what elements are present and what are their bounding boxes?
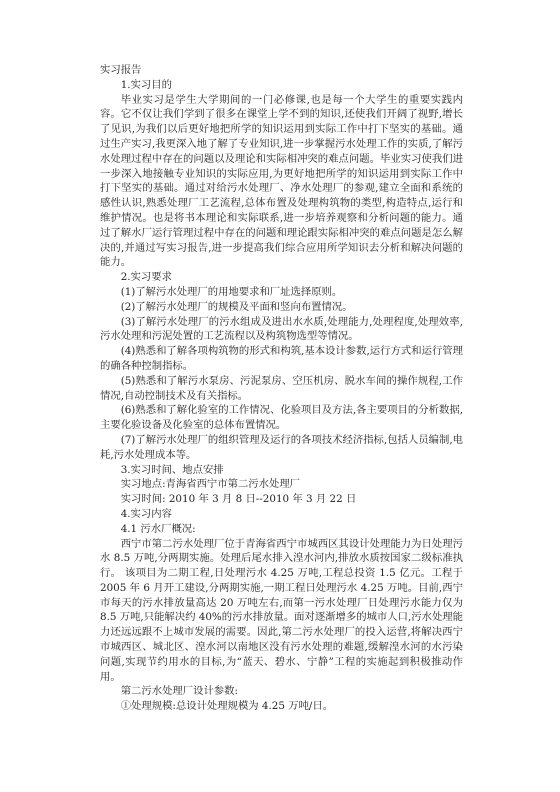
list-item: ①处理规模:总设计处理规模为 4.25 万吨/日。: [100, 699, 463, 714]
section-heading: 2.实习要求: [100, 270, 463, 285]
paragraph: 西宁市第二污水处理厂位于青海省西宁市城西区其设计处理能力为日处理污水 8.5 万…: [100, 537, 463, 685]
list-item: (7)了解污水处理厂的组织管理及运行的各项技术经济指标,包括人员编制,电耗,污水…: [100, 433, 463, 463]
list-item: (6)熟悉和了解化验室的工作情况、化验项目及方法,各主要项目的分析数据,主要化验…: [100, 403, 463, 433]
document-content: 实习报告 1.实习目的 毕业实习是学生大学期间的一门必修课,也是每一个大学生的重…: [100, 63, 463, 714]
internship-location: 实习地点:青海省西宁市第二污水处理厂: [100, 477, 463, 492]
internship-time: 实习时间: 2010 年 3 月 8 日--2010 年 3 月 22 日: [100, 492, 463, 507]
list-item: (5)熟悉和了解污水泵房、污泥泵房、空压机房、脱水车间的操作规程,工作情况,自动…: [100, 374, 463, 404]
subsection-heading: 4.1 污水厂概况:: [100, 522, 463, 537]
list-item: (2)了解污水处理厂的规模及平面和竖向布置情况。: [100, 300, 463, 315]
list-item: (4)熟悉和了解各项构筑物的形式和构筑,基本设计参数,运行方式和运行管理的确各种…: [100, 344, 463, 374]
section-heading: 3.实习时间、地点安排: [100, 463, 463, 478]
report-title: 实习报告: [100, 63, 463, 78]
paragraph: 第二污水处理厂设计参数:: [100, 684, 463, 699]
paragraph: 毕业实习是学生大学期间的一门必修课,也是每一个大学生的重要实践内容。它不仅让我们…: [100, 93, 463, 271]
section-heading: 4.实习内容: [100, 507, 463, 522]
document-page: 实习报告 1.实习目的 毕业实习是学生大学期间的一门必修课,也是每一个大学生的重…: [0, 0, 560, 792]
section-heading: 1.实习目的: [100, 78, 463, 93]
list-item: (1)了解污水处理厂的用地要求和厂址选择原则。: [100, 285, 463, 300]
list-item: (3)了解污水处理厂的污水组成及进出水水质,处理能力,处理程度,处理效率,污水处…: [100, 315, 463, 345]
